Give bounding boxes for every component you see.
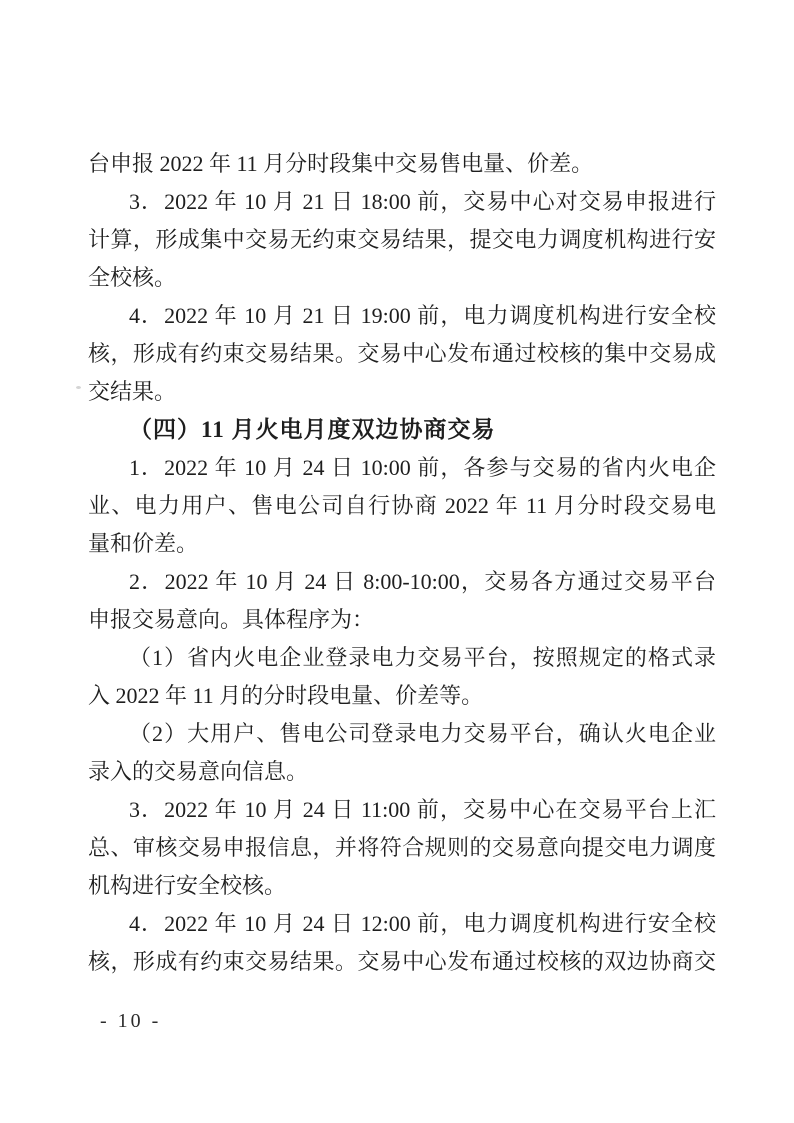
text-line: 核，形成有约束交易结果。交易中心发布通过校核的集中交易成 <box>88 335 716 373</box>
text-line: 录入的交易意向信息。 <box>88 753 716 791</box>
text-line: 量和价差。 <box>88 525 716 563</box>
text-line: 计算，形成集中交易无约束交易结果，提交电力调度机构进行安 <box>88 221 716 259</box>
text-line: （1）省内火电企业登录电力交易平台，按照规定的格式录 <box>88 639 716 677</box>
scan-speck <box>76 386 81 389</box>
text-line: （2）大用户、售电公司登录电力交易平台，确认火电企业 <box>88 715 716 753</box>
text-line: 1．2022 年 10 月 24 日 10:00 前，各参与交易的省内火电企 <box>88 449 716 487</box>
text-line: 机构进行安全校核。 <box>88 867 716 905</box>
text-line: 业、电力用户、售电公司自行协商 2022 年 11 月分时段交易电 <box>88 487 716 525</box>
text-line: 申报交易意向。具体程序为： <box>88 601 716 639</box>
text-line: （四）11 月火电月度双边协商交易 <box>88 411 716 449</box>
text-line: 全校核。 <box>88 259 716 297</box>
text-line: 台申报 2022 年 11 月分时段集中交易售电量、价差。 <box>88 145 716 183</box>
text-line: 2．2022 年 10 月 24 日 8:00-10:00，交易各方通过交易平台 <box>88 563 716 601</box>
text-line: 核，形成有约束交易结果。交易中心发布通过校核的双边协商交 <box>88 943 716 981</box>
text-line: 4．2022 年 10 月 24 日 12:00 前，电力调度机构进行安全校 <box>88 905 716 943</box>
document-page: 台申报 2022 年 11 月分时段集中交易售电量、价差。 3．2022 年 1… <box>0 0 794 1123</box>
text-line: 交结果。 <box>88 373 716 411</box>
text-line: 3．2022 年 10 月 21 日 18:00 前，交易中心对交易申报进行 <box>88 183 716 221</box>
text-line: 总、审核交易申报信息，并将符合规则的交易意向提交电力调度 <box>88 829 716 867</box>
text-line: 入 2022 年 11 月的分时段电量、价差等。 <box>88 677 716 715</box>
document-body: 台申报 2022 年 11 月分时段集中交易售电量、价差。 3．2022 年 1… <box>88 145 716 981</box>
page-number: - 10 - <box>100 1010 161 1033</box>
text-line: 3．2022 年 10 月 24 日 11:00 前，交易中心在交易平台上汇 <box>88 791 716 829</box>
text-line: 4．2022 年 10 月 21 日 19:00 前，电力调度机构进行安全校 <box>88 297 716 335</box>
